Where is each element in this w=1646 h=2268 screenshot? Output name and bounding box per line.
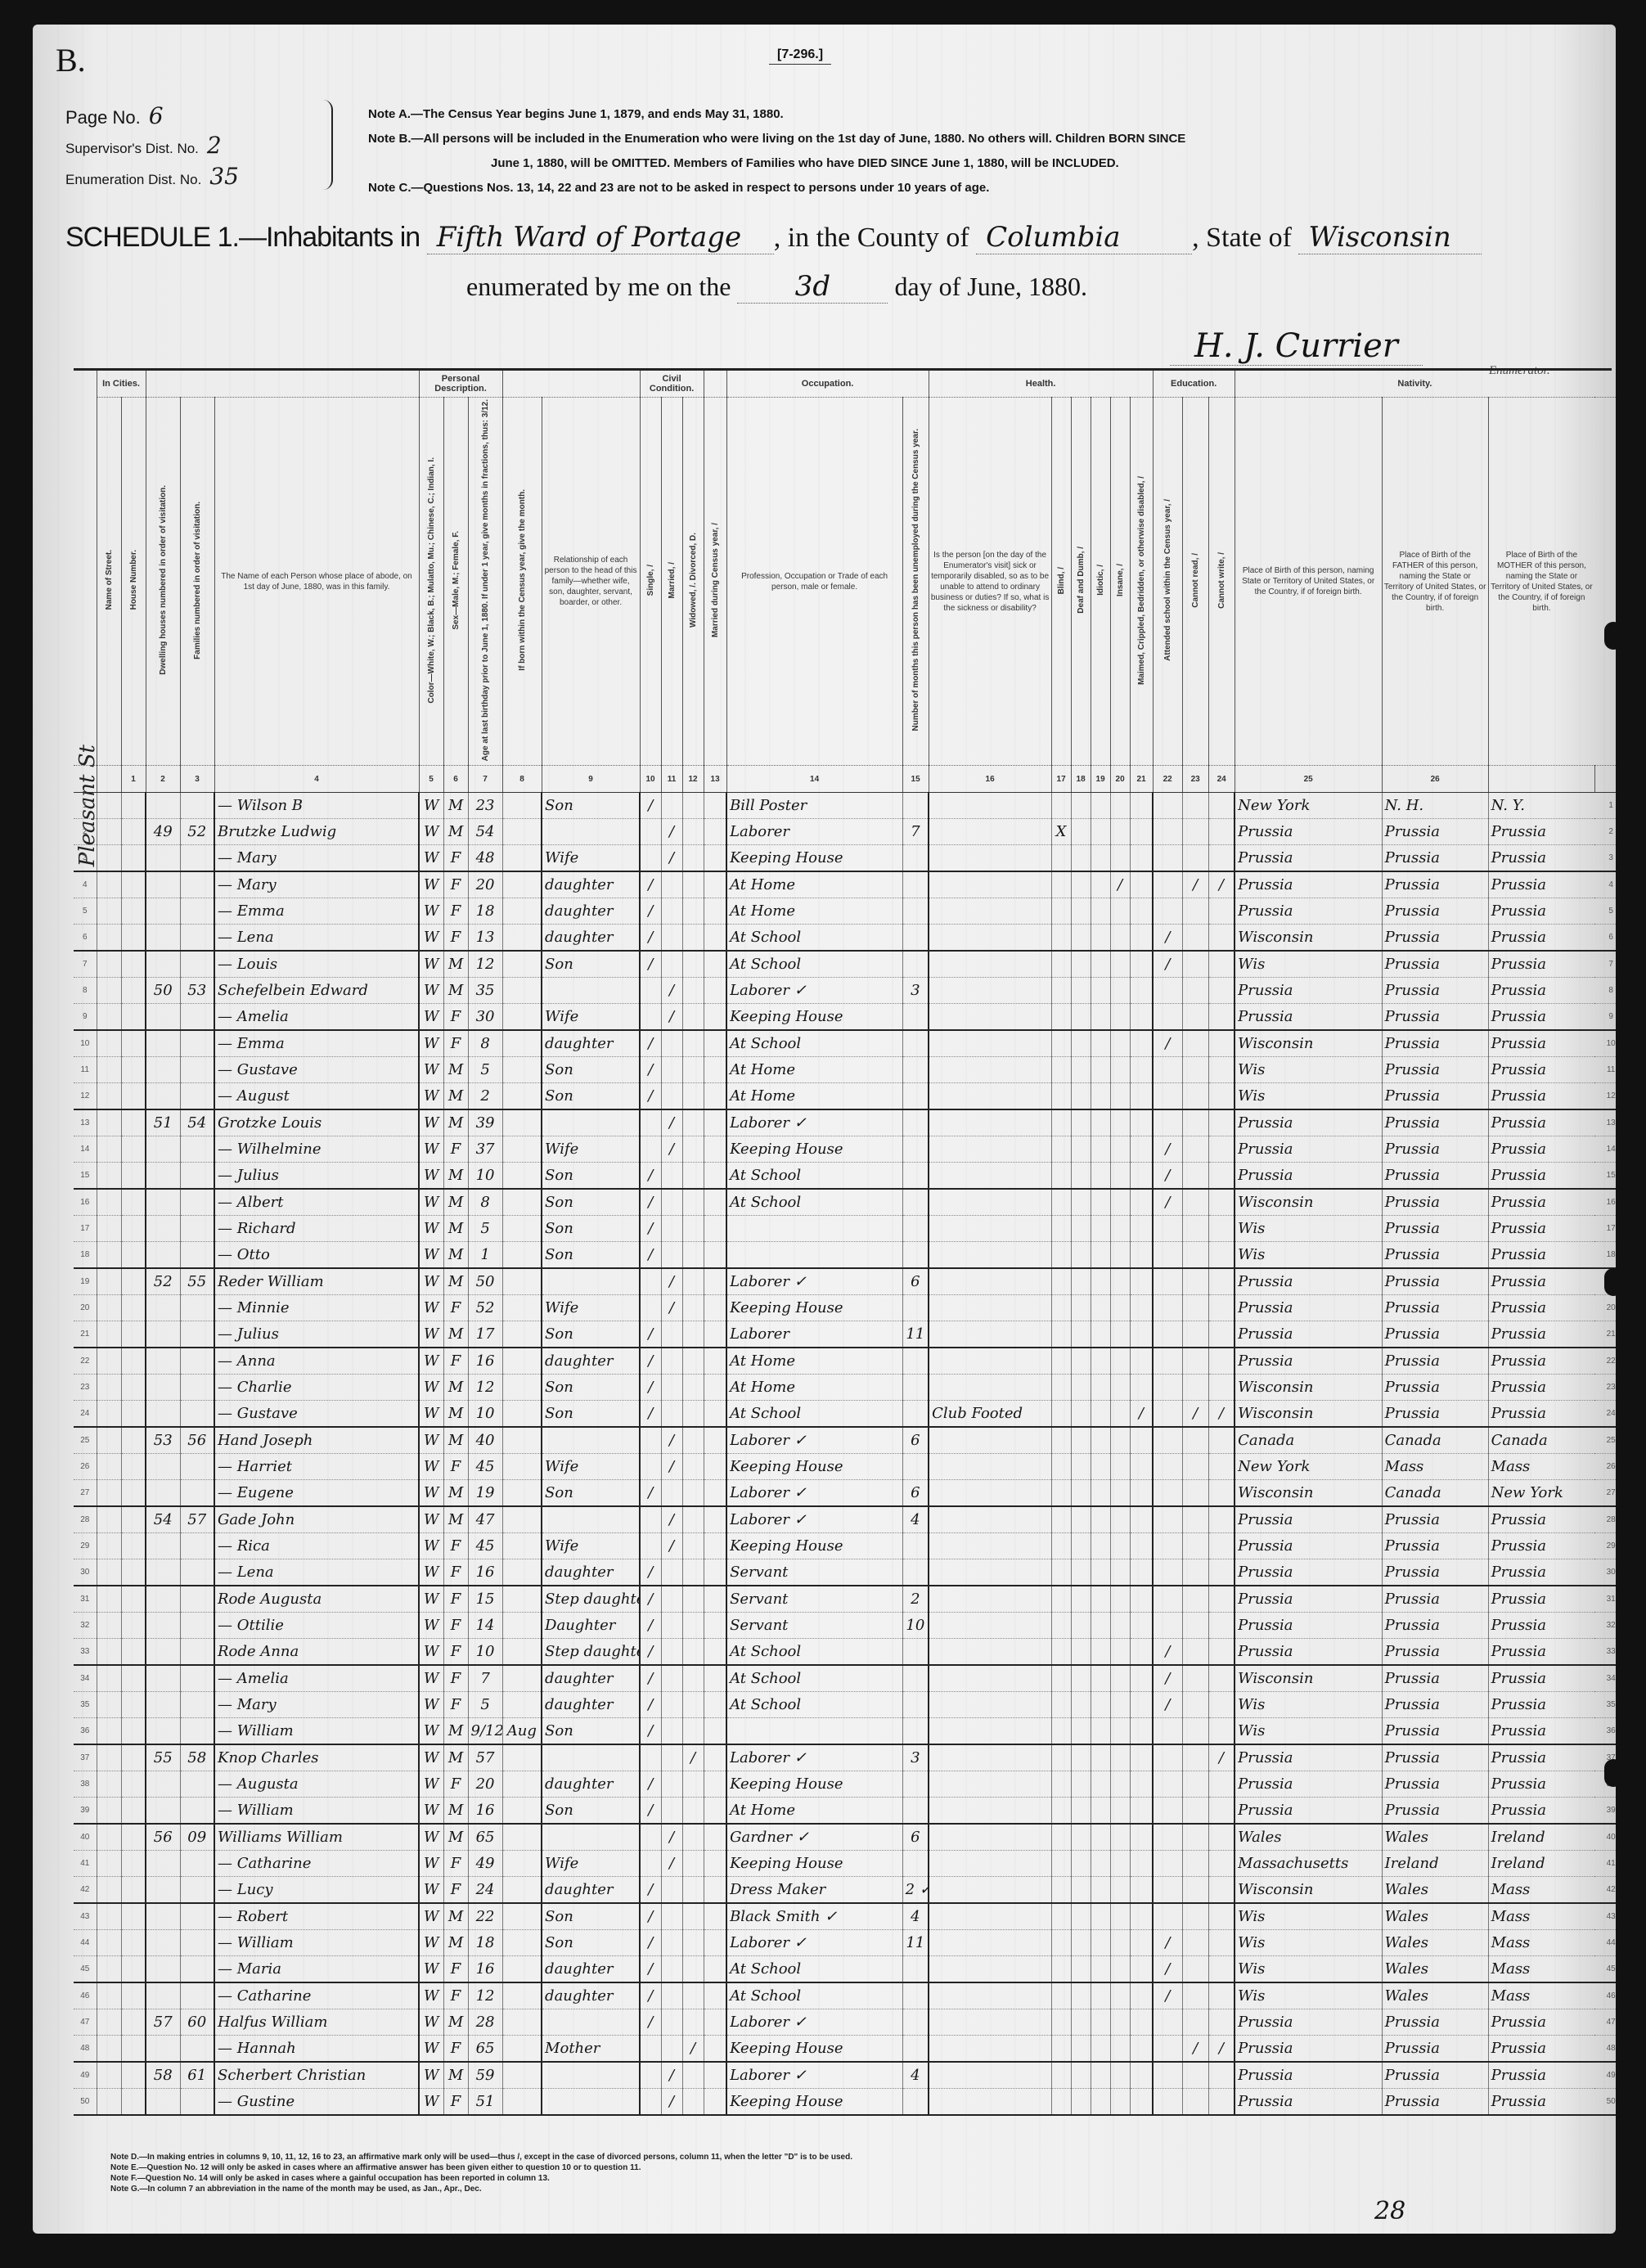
blind-mark xyxy=(1051,1613,1071,1639)
widowed-mark xyxy=(682,1242,704,1269)
maimed-mark xyxy=(1130,1004,1153,1031)
age: 20 xyxy=(468,871,502,898)
person-name: — Amelia xyxy=(214,1004,419,1031)
cannot-read-mark xyxy=(1182,1798,1208,1825)
deaf-mark xyxy=(1071,1295,1091,1321)
county-field: Columbia xyxy=(976,221,1192,254)
insane-mark xyxy=(1110,1506,1130,1533)
months-unemployed xyxy=(902,1851,929,1877)
house-number xyxy=(121,2062,146,2089)
birthplace: Prussia xyxy=(1234,1268,1382,1295)
house-number xyxy=(121,1057,146,1083)
father-birthplace: Prussia xyxy=(1382,1771,1488,1798)
col-married-year: Married during Census year, / xyxy=(711,523,720,637)
sickness xyxy=(929,2062,1051,2089)
day-field: 3d xyxy=(737,270,888,304)
insane-mark xyxy=(1110,1268,1130,1295)
color: W xyxy=(419,2062,443,2089)
street xyxy=(97,1718,121,1745)
family-number xyxy=(180,1877,214,1904)
cannot-write-mark xyxy=(1208,1559,1234,1586)
father-birthplace: Prussia xyxy=(1382,2062,1488,2089)
father-birthplace: Prussia xyxy=(1382,1083,1488,1110)
color: W xyxy=(419,1956,443,1983)
occupation: Keeping House xyxy=(726,1454,902,1480)
line-number-right: 36 xyxy=(1594,1718,1616,1745)
cannot-write-mark xyxy=(1208,1506,1234,1533)
column-number: 14 xyxy=(726,766,902,793)
idiotic-mark xyxy=(1091,1903,1110,1930)
married-mark xyxy=(661,1321,682,1348)
street xyxy=(97,1480,121,1507)
relationship: daughter xyxy=(542,1956,640,1983)
person-name: — Augusta xyxy=(214,1771,419,1798)
blind-mark xyxy=(1051,925,1071,952)
dwelling-number xyxy=(146,1083,180,1110)
age: 57 xyxy=(468,1744,502,1771)
sickness xyxy=(929,1586,1051,1613)
school-mark: / xyxy=(1153,1030,1182,1057)
widowed-mark xyxy=(682,1559,704,1586)
column-number xyxy=(97,766,121,793)
census-row: 24— GustaveWM10Son/At SchoolClub Footed/… xyxy=(74,1401,1616,1428)
deaf-mark xyxy=(1071,1824,1091,1851)
months-unemployed xyxy=(902,1348,929,1375)
color: W xyxy=(419,1982,443,2009)
deaf-mark xyxy=(1071,1057,1091,1083)
family-number xyxy=(180,2036,214,2063)
deaf-mark xyxy=(1071,951,1091,978)
relationship: Son xyxy=(542,1242,640,1269)
deaf-mark xyxy=(1071,898,1091,925)
occupation: Black Smith ✓ xyxy=(726,1903,902,1930)
age: 16 xyxy=(468,1798,502,1825)
cannot-write-mark xyxy=(1208,1877,1234,1904)
census-row: 44— WilliamWM18Son/Laborer ✓11/WisWalesM… xyxy=(74,1930,1616,1956)
occupation: Laborer ✓ xyxy=(726,1268,902,1295)
page-no: 6 xyxy=(149,102,164,130)
school-mark xyxy=(1153,1559,1182,1586)
street xyxy=(97,1824,121,1851)
cannot-read-mark xyxy=(1182,1083,1208,1110)
widowed-mark xyxy=(682,1189,704,1216)
age: 59 xyxy=(468,2062,502,2089)
house-number xyxy=(121,1718,146,1745)
months-unemployed xyxy=(902,871,929,898)
mother-birthplace: Prussia xyxy=(1488,1586,1594,1613)
idiotic-mark xyxy=(1091,1295,1110,1321)
birth-month xyxy=(502,1533,542,1559)
person-name: — Otto xyxy=(214,1242,419,1269)
blind-mark xyxy=(1051,1348,1071,1375)
sex: F xyxy=(443,1348,468,1375)
father-birthplace: Prussia xyxy=(1382,1559,1488,1586)
dwelling-number xyxy=(146,1613,180,1639)
birthplace: Prussia xyxy=(1234,1109,1382,1136)
birthplace: Wis xyxy=(1234,1083,1382,1110)
insane-mark xyxy=(1110,1744,1130,1771)
birthplace: Wisconsin xyxy=(1234,1375,1382,1401)
single-mark xyxy=(640,1506,661,1533)
line-number: 30 xyxy=(74,1559,97,1586)
married-year-mark xyxy=(704,1057,726,1083)
line-number-right: 27 xyxy=(1594,1480,1616,1507)
cannot-read-mark xyxy=(1182,1930,1208,1956)
age: 12 xyxy=(468,1375,502,1401)
age: 35 xyxy=(468,978,502,1004)
widowed-mark: / xyxy=(682,1744,704,1771)
father-birthplace: Wales xyxy=(1382,1982,1488,2009)
census-row: 34— AmeliaWF7daughter/At School/Wisconsi… xyxy=(74,1665,1616,1692)
census-row: 475760Halfus WilliamWM28/Laborer ✓Prussi… xyxy=(74,2009,1616,2036)
cannot-read-mark xyxy=(1182,1824,1208,1851)
age: 13 xyxy=(468,925,502,952)
cannot-write-mark xyxy=(1208,1639,1234,1666)
age: 20 xyxy=(468,1771,502,1798)
street xyxy=(97,1136,121,1163)
maimed-mark xyxy=(1130,1718,1153,1745)
street xyxy=(97,1506,121,1533)
binder-hole xyxy=(1604,622,1616,650)
sickness xyxy=(929,1798,1051,1825)
census-row: 4— MaryWF20daughter/At Home///PrussiaPru… xyxy=(74,871,1616,898)
blind-mark xyxy=(1051,1454,1071,1480)
months-unemployed xyxy=(902,1083,929,1110)
dwelling-number xyxy=(146,1692,180,1718)
sickness xyxy=(929,1639,1051,1666)
married-year-mark xyxy=(704,1375,726,1401)
street xyxy=(97,1613,121,1639)
line-number-right: 18 xyxy=(1594,1242,1616,1269)
maimed-mark xyxy=(1130,1321,1153,1348)
dwelling-number: 52 xyxy=(146,1268,180,1295)
birthplace: Prussia xyxy=(1234,2009,1382,2036)
idiotic-mark xyxy=(1091,1348,1110,1375)
widowed-mark xyxy=(682,1506,704,1533)
sex: M xyxy=(443,2009,468,2036)
stamped-page-number: 28 xyxy=(1374,2197,1405,2225)
occupation: At Home xyxy=(726,1348,902,1375)
married-year-mark xyxy=(704,1454,726,1480)
occupation: Keeping House xyxy=(726,1771,902,1798)
line-number-right: 32 xyxy=(1594,1613,1616,1639)
occupation xyxy=(726,1242,902,1269)
sex: F xyxy=(443,1559,468,1586)
widowed-mark xyxy=(682,2062,704,2089)
family-number xyxy=(180,1930,214,1956)
schedule-title: SCHEDULE 1.—Inhabitants in xyxy=(65,222,420,253)
sickness xyxy=(929,1375,1051,1401)
birth-month xyxy=(502,1321,542,1348)
column-number: 25 xyxy=(1234,766,1382,793)
sickness xyxy=(929,1163,1051,1190)
house-number xyxy=(121,845,146,872)
blind-mark xyxy=(1051,2062,1071,2089)
age: 7 xyxy=(468,1665,502,1692)
deaf-mark xyxy=(1071,819,1091,845)
line-number-right: 9 xyxy=(1594,1004,1616,1031)
insane-mark xyxy=(1110,1982,1130,2009)
street xyxy=(97,1030,121,1057)
column-number: 22 xyxy=(1153,766,1182,793)
cannot-write-mark xyxy=(1208,1718,1234,1745)
cannot-write-mark xyxy=(1208,1480,1234,1507)
blind-mark xyxy=(1051,1109,1071,1136)
sex: M xyxy=(443,1057,468,1083)
school-mark xyxy=(1153,1057,1182,1083)
street xyxy=(97,1163,121,1190)
census-row: 6— LenaWF13daughter/At School/WisconsinP… xyxy=(74,925,1616,952)
idiotic-mark xyxy=(1091,1533,1110,1559)
insane-mark xyxy=(1110,1189,1130,1216)
school-mark xyxy=(1153,1321,1182,1348)
birthplace: Wis xyxy=(1234,1982,1382,2009)
deaf-mark xyxy=(1071,2036,1091,2063)
street xyxy=(97,819,121,845)
birth-month xyxy=(502,1877,542,1904)
cannot-write-mark xyxy=(1208,1375,1234,1401)
birth-month xyxy=(502,898,542,925)
line-number-right: 23 xyxy=(1594,1375,1616,1401)
person-name: — Emma xyxy=(214,1030,419,1057)
occupation: At Home xyxy=(726,1798,902,1825)
mother-birthplace: Prussia xyxy=(1488,1348,1594,1375)
deaf-mark xyxy=(1071,1216,1091,1242)
cannot-read-mark xyxy=(1182,1454,1208,1480)
census-row: 27— EugeneWM19Son/Laborer ✓6WisconsinCan… xyxy=(74,1480,1616,1507)
line-number-right: 11 xyxy=(1594,1057,1616,1083)
single-mark: / xyxy=(640,1030,661,1057)
family-number xyxy=(180,1295,214,1321)
school-mark: / xyxy=(1153,1136,1182,1163)
supervisor-no: 2 xyxy=(207,132,222,160)
birthplace: Prussia xyxy=(1234,1004,1382,1031)
dwelling-number xyxy=(146,1216,180,1242)
dwelling-number xyxy=(146,1295,180,1321)
insane-mark xyxy=(1110,1109,1130,1136)
months-unemployed xyxy=(902,845,929,872)
maimed-mark xyxy=(1130,1956,1153,1983)
color: W xyxy=(419,819,443,845)
cannot-read-mark xyxy=(1182,1030,1208,1057)
school-mark xyxy=(1153,1375,1182,1401)
single-mark: / xyxy=(640,925,661,952)
father-birthplace: Prussia xyxy=(1382,1586,1488,1613)
house-number xyxy=(121,1930,146,1956)
age: 30 xyxy=(468,1004,502,1031)
cannot-write-mark xyxy=(1208,1824,1234,1851)
cannot-write-mark xyxy=(1208,1268,1234,1295)
cannot-write-mark xyxy=(1208,1930,1234,1956)
occupation: Keeping House xyxy=(726,1004,902,1031)
mother-birthplace: Prussia xyxy=(1488,1083,1594,1110)
insane-mark xyxy=(1110,925,1130,952)
widowed-mark xyxy=(682,1268,704,1295)
dwelling-number xyxy=(146,871,180,898)
house-number xyxy=(121,1109,146,1136)
widowed-mark xyxy=(682,1321,704,1348)
father-birthplace: Prussia xyxy=(1382,1057,1488,1083)
dwelling-number xyxy=(146,793,180,819)
sex: M xyxy=(443,1744,468,1771)
school-mark xyxy=(1153,1083,1182,1110)
dwelling-number xyxy=(146,1242,180,1269)
column-number: 6 xyxy=(443,766,468,793)
occupation: Laborer ✓ xyxy=(726,1744,902,1771)
occupation: At School xyxy=(726,951,902,978)
relationship: daughter xyxy=(542,1877,640,1904)
insane-mark xyxy=(1110,1321,1130,1348)
house-number xyxy=(121,898,146,925)
married-year-mark xyxy=(704,1903,726,1930)
idiotic-mark xyxy=(1091,1083,1110,1110)
cannot-write-mark xyxy=(1208,1613,1234,1639)
deaf-mark xyxy=(1071,1427,1091,1454)
sex: F xyxy=(443,871,468,898)
father-birthplace: Wales xyxy=(1382,1824,1488,1851)
line-number: 47 xyxy=(74,2009,97,2036)
person-name: — William xyxy=(214,1798,419,1825)
census-row: 45— MariaWF16daughter/At School/WisWales… xyxy=(74,1956,1616,1983)
father-birthplace: Prussia xyxy=(1382,1375,1488,1401)
age: 12 xyxy=(468,951,502,978)
school-mark: / xyxy=(1153,1982,1182,2009)
mother-birthplace: Prussia xyxy=(1488,1771,1594,1798)
single-mark: / xyxy=(640,1163,661,1190)
line-number: 2 xyxy=(74,819,97,845)
street xyxy=(97,2036,121,2063)
idiotic-mark xyxy=(1091,1480,1110,1507)
married-mark xyxy=(661,1930,682,1956)
age: 39 xyxy=(468,1109,502,1136)
occupation: Servant xyxy=(726,1559,902,1586)
father-birthplace: Wales xyxy=(1382,1930,1488,1956)
age: 65 xyxy=(468,2036,502,2063)
street xyxy=(97,1216,121,1242)
group-health: Health. xyxy=(929,371,1153,398)
street xyxy=(97,1321,121,1348)
deaf-mark xyxy=(1071,1480,1091,1507)
age: 12 xyxy=(468,1982,502,2009)
blind-mark xyxy=(1051,1692,1071,1718)
birth-month xyxy=(502,1771,542,1798)
single-mark xyxy=(640,1427,661,1454)
sickness xyxy=(929,2089,1051,2116)
sickness xyxy=(929,871,1051,898)
col-street: Name of Street. xyxy=(105,550,114,610)
married-year-mark xyxy=(704,819,726,845)
married-year-mark xyxy=(704,1163,726,1190)
mother-birthplace: Prussia xyxy=(1488,1109,1594,1136)
color: W xyxy=(419,1877,443,1904)
months-unemployed: 4 xyxy=(902,1903,929,1930)
birth-month xyxy=(502,1268,542,1295)
married-mark xyxy=(661,1348,682,1375)
house-number xyxy=(121,2089,146,2116)
mother-birthplace: Mass xyxy=(1488,1903,1594,1930)
mother-birthplace: Prussia xyxy=(1488,845,1594,872)
age: 10 xyxy=(468,1401,502,1428)
mother-birthplace: Mass xyxy=(1488,1956,1594,1983)
father-birthplace: Prussia xyxy=(1382,1004,1488,1031)
married-year-mark xyxy=(704,1004,726,1031)
blind-mark xyxy=(1051,1083,1071,1110)
house-number xyxy=(121,1665,146,1692)
maimed-mark xyxy=(1130,978,1153,1004)
blind-mark xyxy=(1051,1639,1071,1666)
deaf-mark xyxy=(1071,1744,1091,1771)
color: W xyxy=(419,898,443,925)
family-number xyxy=(180,793,214,819)
single-mark: / xyxy=(640,1718,661,1745)
cannot-write-mark xyxy=(1208,1163,1234,1190)
line-number: 22 xyxy=(74,1348,97,1375)
deaf-mark xyxy=(1071,1242,1091,1269)
census-row: 48— HannahWF65Mother/Keeping House//Prus… xyxy=(74,2036,1616,2063)
family-number xyxy=(180,1903,214,1930)
deaf-mark xyxy=(1071,1903,1091,1930)
school-mark xyxy=(1153,1506,1182,1533)
months-unemployed: 6 xyxy=(902,1268,929,1295)
father-birthplace: Prussia xyxy=(1382,2089,1488,2116)
family-number: 58 xyxy=(180,1744,214,1771)
maimed-mark xyxy=(1130,871,1153,898)
sex: M xyxy=(443,1216,468,1242)
dwelling-number: 55 xyxy=(146,1744,180,1771)
father-birthplace: Wales xyxy=(1382,1903,1488,1930)
column-number: 18 xyxy=(1071,766,1091,793)
mother-birthplace: Prussia xyxy=(1488,1506,1594,1533)
mother-birthplace: Prussia xyxy=(1488,1401,1594,1428)
blind-mark xyxy=(1051,1903,1071,1930)
married-mark: / xyxy=(661,1824,682,1851)
occupation: Laborer ✓ xyxy=(726,1480,902,1507)
cannot-read-mark xyxy=(1182,1427,1208,1454)
school-mark xyxy=(1153,2009,1182,2036)
family-number: 53 xyxy=(180,978,214,1004)
father-birthplace: Prussia xyxy=(1382,845,1488,872)
blind-mark xyxy=(1051,2009,1071,2036)
census-row: 42— LucyWF24daughter/Dress Maker2 ✓Wisco… xyxy=(74,1877,1616,1904)
married-mark: / xyxy=(661,978,682,1004)
married-mark xyxy=(661,1057,682,1083)
idiotic-mark xyxy=(1091,925,1110,952)
person-name: — Maria xyxy=(214,1956,419,1983)
maimed-mark xyxy=(1130,1189,1153,1216)
birthplace: Wis xyxy=(1234,1956,1382,1983)
married-year-mark xyxy=(704,793,726,819)
family-number xyxy=(180,1216,214,1242)
family-number: 55 xyxy=(180,1268,214,1295)
married-mark xyxy=(661,1242,682,1269)
married-mark xyxy=(661,1030,682,1057)
census-row: 50— GustineWF51/Keeping HousePrussiaPrus… xyxy=(74,2089,1616,2116)
house-number xyxy=(121,1771,146,1798)
cannot-write-mark xyxy=(1208,1692,1234,1718)
married-mark xyxy=(661,1692,682,1718)
col-maimed: Maimed, Crippled, Bedridden, or otherwis… xyxy=(1137,476,1146,685)
cannot-write-mark xyxy=(1208,1216,1234,1242)
family-number xyxy=(180,871,214,898)
mother-birthplace: Prussia xyxy=(1488,1295,1594,1321)
widowed-mark xyxy=(682,845,704,872)
note-c: Note C.—Questions Nos. 13, 14, 22 and 23… xyxy=(368,176,1513,200)
occupation: At School xyxy=(726,1639,902,1666)
school-mark: / xyxy=(1153,1956,1182,1983)
dwelling-number: 53 xyxy=(146,1427,180,1454)
deaf-mark xyxy=(1071,1401,1091,1428)
blind-mark xyxy=(1051,793,1071,819)
